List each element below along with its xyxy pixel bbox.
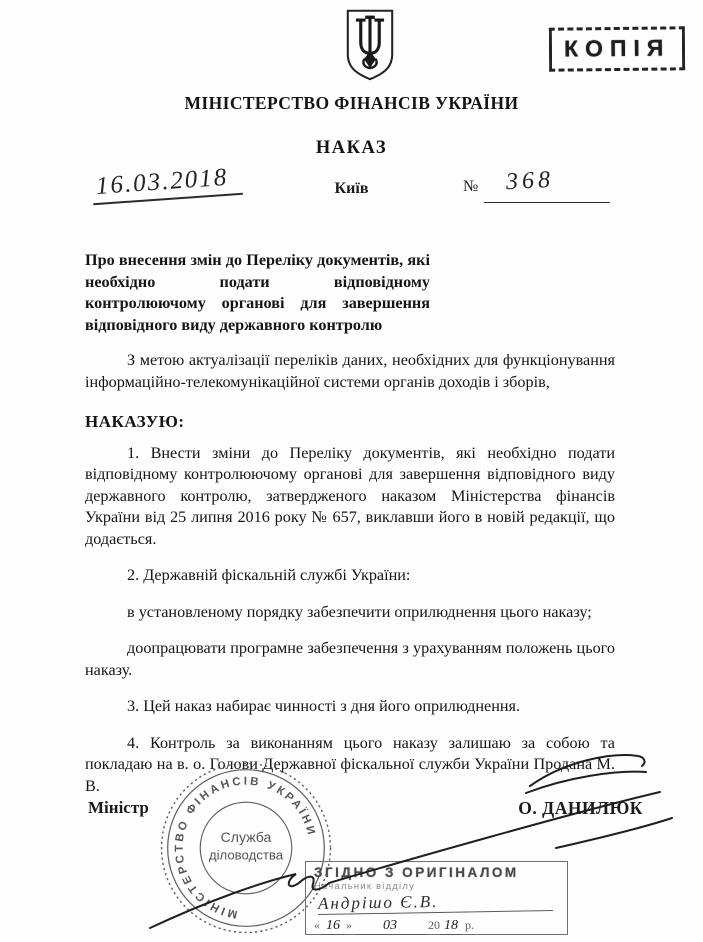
ministry-title: МІНІСТЕРСТВО ФІНАНСІВ УКРАЇНИ	[0, 93, 703, 114]
document-body: Про внесення змін до Переліку документів…	[85, 250, 615, 812]
handwritten-month: 03	[355, 918, 425, 935]
seal-center-line1: Служба	[221, 829, 272, 845]
trident-emblem-icon	[341, 8, 399, 82]
signer-name: О. ДАНИЛЮК	[518, 798, 643, 819]
certification-signed-name: Андрішо Є.В.	[318, 890, 553, 915]
year-suffix: р.	[465, 918, 474, 932]
preamble-paragraph: З метою актуалізації переліків даних, не…	[85, 350, 615, 393]
year-century: 20	[428, 918, 440, 932]
handwritten-year: 18	[440, 918, 462, 935]
document-page: КОПІЯ МІНІСТЕРСТВО ФІНАНСІВ УКРАЇНИ НАКА…	[0, 0, 703, 942]
handwritten-doc-number: 368	[505, 167, 554, 196]
quote-close: »	[346, 918, 352, 932]
doc-type-heading: НАКАЗ	[0, 138, 703, 159]
copy-stamp: КОПІЯ	[549, 26, 686, 71]
order-item-2b: доопрацювати програмне забезпечення з ур…	[85, 638, 615, 681]
subject-paragraph: Про внесення змін до Переліку документів…	[85, 250, 430, 336]
order-item-2a: в установленому порядку забезпечити опри…	[85, 602, 615, 624]
number-underline	[484, 202, 610, 203]
certification-title: ЗГІДНО З ОРИГІНАЛОМ	[314, 865, 559, 880]
order-item-3: 3. Цей наказ набирає чинності з дня його…	[85, 696, 615, 718]
seal-center-line2: діловодства	[209, 847, 284, 862]
signer-position: Міністр	[88, 798, 149, 818]
dateline: 16.03.2018 Київ № 368	[0, 160, 703, 210]
number-sign: №	[463, 178, 478, 196]
certification-stamp: ЗГІДНО З ОРИГІНАЛОМ Начальник відділу Ан…	[305, 861, 568, 935]
order-item-2: 2. Державній фіскальній службі України:	[85, 565, 615, 587]
order-item-1: 1. Внести зміни до Переліку документів, …	[85, 443, 615, 551]
order-heading: НАКАЗУЮ:	[85, 411, 615, 433]
certification-date: «16» 03 2018 р.	[314, 918, 474, 935]
city-label: Київ	[0, 180, 703, 198]
handwritten-day: 16	[320, 918, 346, 935]
